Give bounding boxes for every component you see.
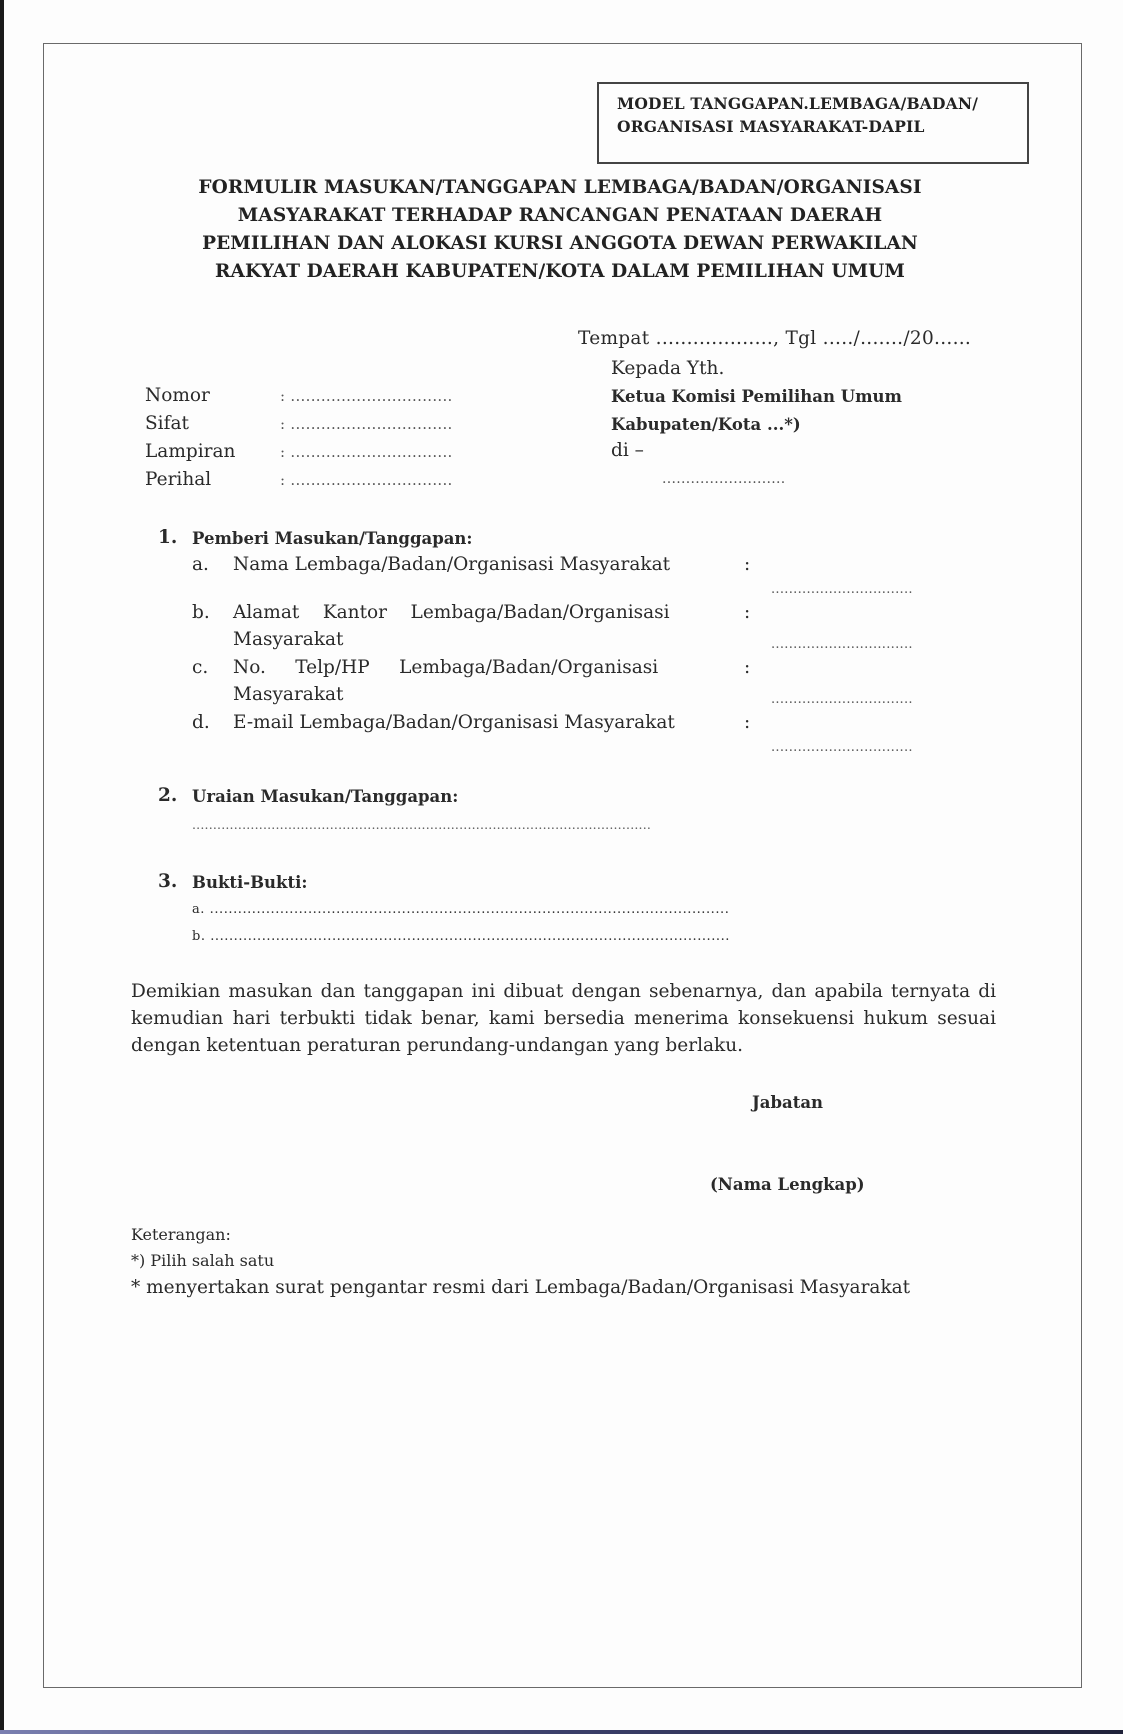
item-1a-input[interactable]: ................................ xyxy=(771,578,913,602)
item-1b-label: Alamat Kantor Lembaga/Badan/Organisasi xyxy=(233,601,670,625)
notes-item-2: * menyertakan surat pengantar resmi dari… xyxy=(131,1276,910,1300)
title-line-2: MASYARAKAT TERHADAP RANCANGAN PENATAAN D… xyxy=(150,202,970,230)
document-title: FORMULIR MASUKAN/TANGGAPAN LEMBAGA/BADAN… xyxy=(150,174,970,286)
item-1b-colon: : xyxy=(744,601,750,625)
scan-edge-left xyxy=(0,0,4,1734)
item-1d-colon: : xyxy=(744,711,750,735)
recipient-name-line-2: Kabupaten/Kota ...*) xyxy=(611,413,801,437)
title-line-4: RAKYAT DAERAH KABUPATEN/KOTA DALAM PEMIL… xyxy=(150,258,970,286)
item-1c-letter: c. xyxy=(192,656,208,680)
item-1a-letter: a. xyxy=(192,553,209,577)
section-1-number: 1. xyxy=(158,526,177,550)
field-label-lampiran: Lampiran xyxy=(145,440,235,464)
model-label-box: MODEL TANGGAPAN.LEMBAGA/BADAN/ ORGANISAS… xyxy=(597,82,1029,164)
item-1c-colon: : xyxy=(744,656,750,680)
item-1c-label: No. Telp/HP Lembaga/Badan/Organisasi xyxy=(233,656,658,680)
field-label-perihal: Perihal xyxy=(145,468,211,492)
item-1a-label: Nama Lembaga/Badan/Organisasi Masyarakat xyxy=(233,553,670,577)
recipient-di: di – xyxy=(611,439,644,463)
field-label-nomor: Nomor xyxy=(145,384,210,408)
field-input-lampiran[interactable]: : ................................ xyxy=(280,440,453,464)
scan-edge-bottom xyxy=(0,1730,1123,1734)
item-1d-input[interactable]: ................................ xyxy=(771,736,913,760)
field-input-sifat[interactable]: : ................................ xyxy=(280,412,453,436)
item-1c-input[interactable]: ................................ xyxy=(771,688,913,712)
field-input-nomor[interactable]: : ................................ xyxy=(280,384,453,408)
statement-paragraph: Demikian masukan dan tanggapan ini dibua… xyxy=(131,978,996,1059)
section-1-heading: Pemberi Masukan/Tanggapan: xyxy=(192,527,473,551)
field-label-sifat: Sifat xyxy=(145,412,189,436)
title-line-1: FORMULIR MASUKAN/TANGGAPAN LEMBAGA/BADAN… xyxy=(150,174,970,202)
item-1a-colon: : xyxy=(744,553,750,577)
signature-position: Jabatan xyxy=(752,1093,823,1112)
notes-item-1: *) Pilih salah satu xyxy=(131,1249,274,1273)
recipient-greeting: Kepada Yth. xyxy=(611,357,724,381)
item-1b-input[interactable]: ................................ xyxy=(771,633,913,657)
item-1b-label-line-2: Masyarakat xyxy=(233,628,344,652)
signature-full-name: (Nama Lengkap) xyxy=(710,1175,865,1194)
recipient-name-line-1: Ketua Komisi Pemilihan Umum xyxy=(611,385,902,409)
title-line-3: PEMILIHAN DAN ALOKASI KURSI ANGGOTA DEWA… xyxy=(150,230,970,258)
section-2-heading: Uraian Masukan/Tanggapan: xyxy=(192,785,458,809)
item-1b-letter: b. xyxy=(192,601,210,625)
item-1d-letter: d. xyxy=(192,711,210,735)
page-border xyxy=(43,43,1082,1688)
recipient-location-blank[interactable]: .......................... xyxy=(662,467,786,491)
section-3-heading: Bukti-Bukti: xyxy=(192,871,307,895)
model-label-line-1: MODEL TANGGAPAN.LEMBAGA/BADAN/ xyxy=(617,92,1027,115)
notes-heading: Keterangan: xyxy=(131,1223,231,1247)
section-3-number: 3. xyxy=(158,870,177,894)
section-2-input[interactable]: ........................................… xyxy=(192,813,651,837)
field-input-perihal[interactable]: : ................................ xyxy=(280,468,453,492)
evidence-item-a[interactable]: a. .....................................… xyxy=(192,898,729,922)
place-date-field[interactable]: Tempat ..................., Tgl ...../..… xyxy=(578,327,971,351)
section-2-number: 2. xyxy=(158,784,177,808)
item-1d-label: E-mail Lembaga/Badan/Organisasi Masyarak… xyxy=(233,711,675,735)
item-1c-label-line-2: Masyarakat xyxy=(233,683,344,707)
evidence-item-b[interactable]: b. .....................................… xyxy=(192,925,730,949)
model-label-line-2: ORGANISASI MASYARAKAT-DAPIL xyxy=(617,115,1027,138)
